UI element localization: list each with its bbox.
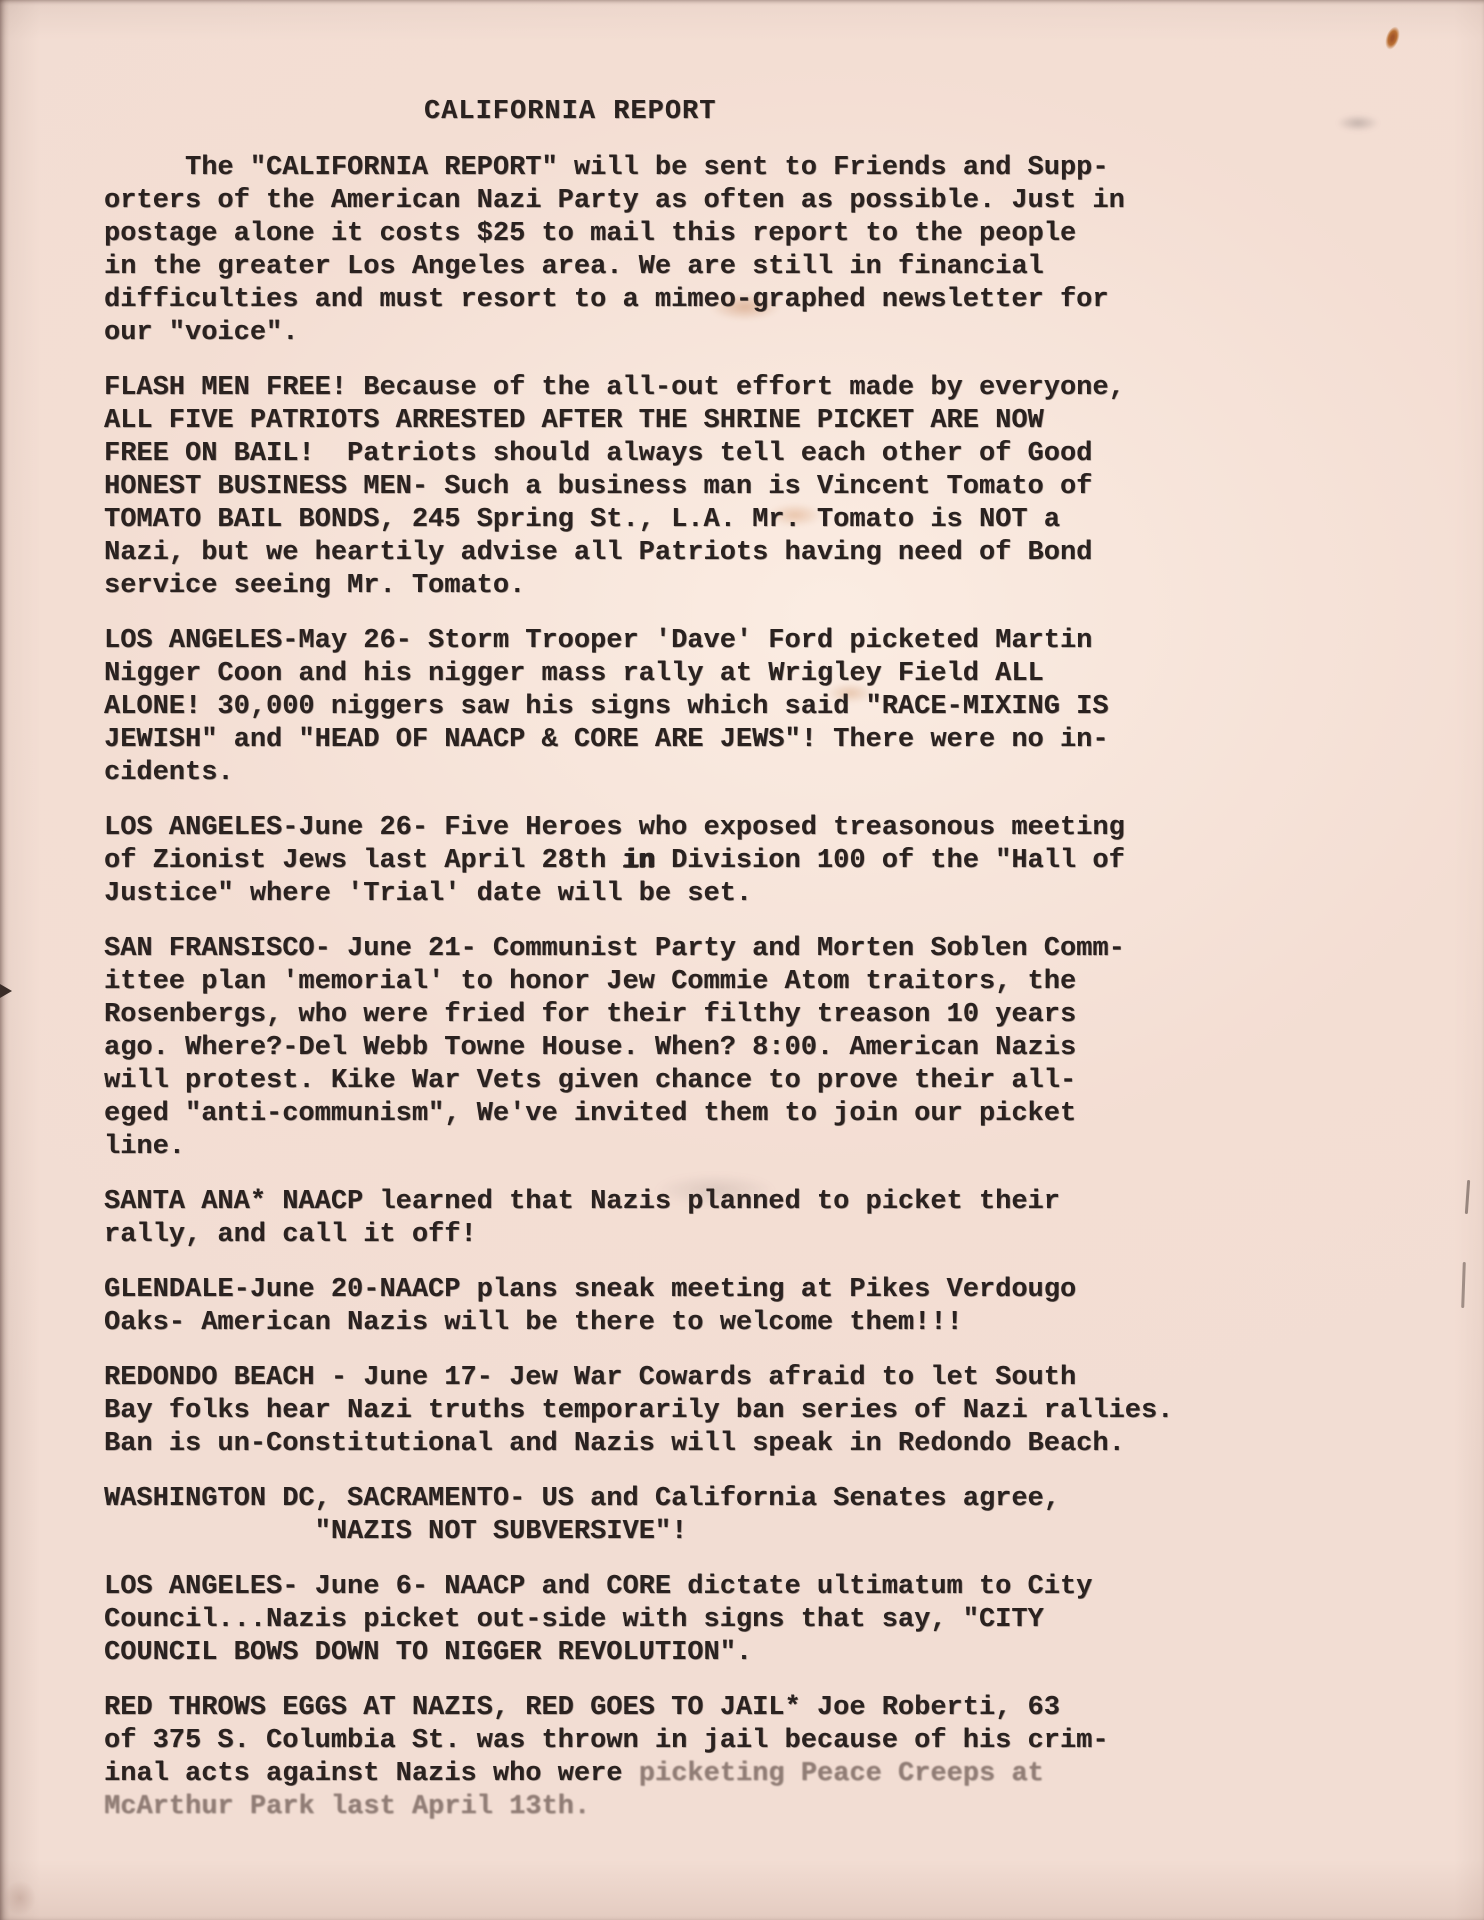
paragraph-los-angeles-june-26: LOS ANGELES-June 26- Five Heroes who exp…: [104, 812, 1179, 911]
paragraph-los-angeles-june-6: LOS ANGELES- June 6- NAACP and CORE dict…: [104, 1571, 1179, 1670]
paragraph-washington-sacramento: WASHINGTON DC, SACRAMENTO- US and Califo…: [104, 1483, 1179, 1549]
page-title: CALIFORNIA REPORT: [424, 96, 1179, 129]
right-margin-pen-tick: [1465, 1180, 1470, 1214]
right-margin-pen-tick: [1461, 1262, 1466, 1308]
typewritten-content: CALIFORNIA REPORT The "CALIFORNIA REPORT…: [104, 96, 1179, 1846]
left-margin-ink-mark: [0, 984, 12, 998]
paragraph-los-angeles-may-26: LOS ANGELES-May 26- Storm Trooper 'Dave'…: [104, 625, 1179, 790]
gray-smudge-stain: [1330, 112, 1386, 134]
overstruck-word: in: [622, 846, 654, 876]
paragraph-san-fransisco: SAN FRANSISCO- June 21- Communist Party …: [104, 933, 1179, 1164]
document-page: CALIFORNIA REPORT The "CALIFORNIA REPORT…: [0, 0, 1484, 1920]
paragraph-redondo-beach: REDONDO BEACH - June 17- Jew War Cowards…: [104, 1362, 1179, 1461]
paragraph-red-throws-eggs: RED THROWS EGGS AT NAZIS, RED GOES TO JA…: [104, 1692, 1179, 1824]
paragraph-glendale: GLENDALE-June 20-NAACP plans sneak meeti…: [104, 1274, 1179, 1340]
paragraph-flash-men-free: FLASH MEN FREE! Because of the all-out e…: [104, 372, 1179, 603]
paragraph-santa-ana: SANTA ANA* NAACP learned that Nazis plan…: [104, 1186, 1179, 1252]
rust-fleck-stain: [1383, 25, 1403, 52]
paragraph-intro: The "CALIFORNIA REPORT" will be sent to …: [104, 152, 1179, 350]
